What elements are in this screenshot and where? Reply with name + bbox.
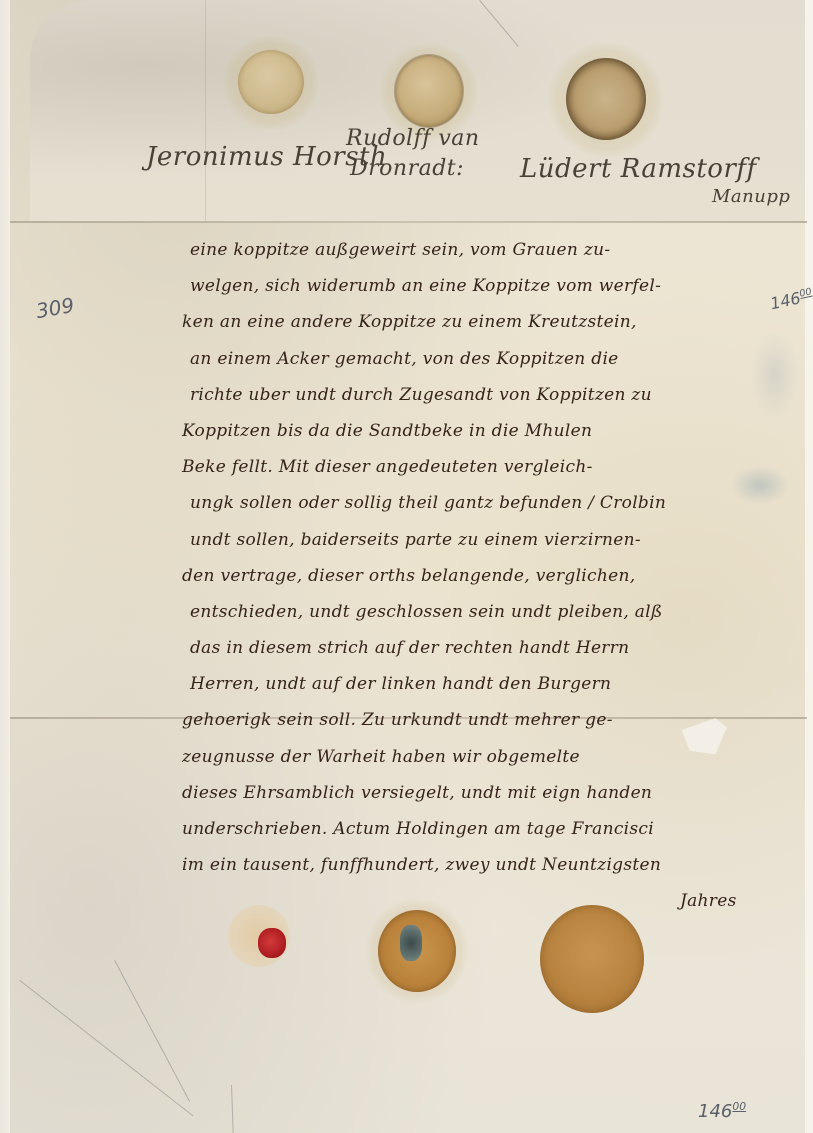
signature-right: Lüdert Ramstorff <box>520 154 757 184</box>
text-line: underschrieben. Actum Holdingen am tage … <box>182 811 780 847</box>
text-line: Beke fellt. Mit dieser angedeuteten verg… <box>182 449 780 485</box>
manuscript-body-text: eine koppitze außgeweirt sein, vom Graue… <box>190 232 780 920</box>
wax-seal-top-3 <box>566 58 646 140</box>
text-line: gehoerigk sein soll. Zu urkundt undt meh… <box>182 702 780 738</box>
bottom-folio-number: 14600 <box>698 1100 746 1122</box>
text-line-closing: Jahres <box>680 883 780 919</box>
scan-edge-left <box>0 0 10 1133</box>
scan-edge-right <box>805 0 813 1133</box>
text-line: das in diesem strich auf der rechten han… <box>190 630 780 666</box>
signature-right-sub: Manupp <box>712 186 790 207</box>
folio-suffix: 00 <box>732 1100 746 1113</box>
text-line: zeugnusse der Warheit haben wir obgemelt… <box>182 739 780 775</box>
folio-suffix: 00 <box>799 286 813 299</box>
text-line: ungk sollen oder sollig theil gantz befu… <box>190 485 780 521</box>
folio-number: 146 <box>698 1101 732 1122</box>
text-line: Koppitzen bis da die Sandtbeke in die Mh… <box>182 413 780 449</box>
text-line: ken an eine andere Koppitze zu einem Kre… <box>182 304 780 340</box>
text-line: undt sollen, baiderseits parte zu einem … <box>190 522 780 558</box>
text-line: eine koppitze außgeweirt sein, vom Graue… <box>190 232 780 268</box>
wax-seal-top-2 <box>395 55 463 127</box>
vertical-crease <box>205 0 206 222</box>
text-line: welgen, sich widerumb an eine Koppitze v… <box>190 268 780 304</box>
wax-seal-fragment <box>400 925 422 961</box>
text-line: Herren, undt auf der linken handt den Bu… <box>190 666 780 702</box>
wax-seal-bottom-3 <box>540 905 644 1013</box>
red-wax-seal-bottom-1 <box>258 928 286 958</box>
text-line: den vertrage, dieser orths belangende, v… <box>182 558 780 594</box>
wax-seal-top-1 <box>238 50 304 114</box>
signature-middle-line1: Rudolff van <box>346 126 480 151</box>
horizontal-fold-line-upper <box>10 221 807 223</box>
text-line: richte uber undt durch Zugesandt von Kop… <box>190 377 780 413</box>
text-line: entschieden, undt geschlossen sein undt … <box>190 594 780 630</box>
text-line: dieses Ehrsamblich versiegelt, undt mit … <box>182 775 780 811</box>
text-line: an einem Acker gemacht, von des Koppitze… <box>190 341 780 377</box>
text-line: im ein tausent, funffhundert, zwey undt … <box>182 847 780 883</box>
signature-middle-line2: Dronradt: <box>350 156 464 181</box>
